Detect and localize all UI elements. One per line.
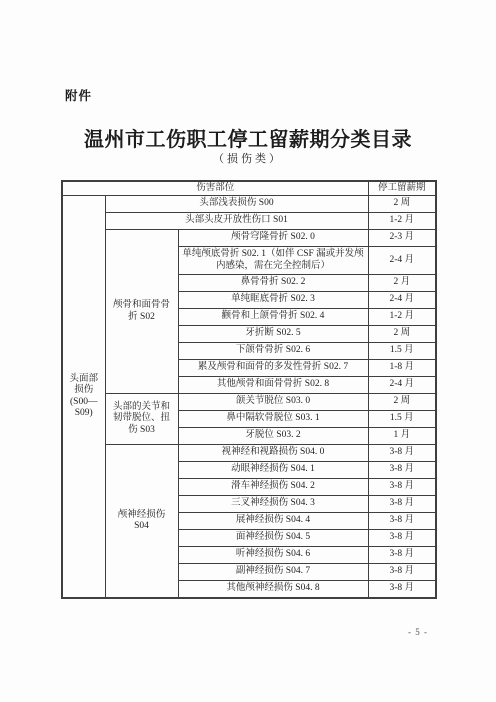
leave-period-cell: 3-8 月 [368,496,436,513]
leave-period-cell: 2-3 月 [368,230,436,247]
table-header-row: 伤害部位 停工留薪期 [62,181,436,196]
leave-period-cell: 3-8 月 [368,530,436,547]
leave-period-cell: 2-4 月 [368,377,436,394]
leave-period-cell: 3-8 月 [368,462,436,479]
injury-name-cell: 动眼神经损伤 S04. 1 [178,462,368,479]
injury-name-cell: 头部浅表损伤 S00 [105,196,368,213]
injury-name-cell: 牙折断 S02. 5 [178,326,368,343]
header-leave-period: 停工留薪期 [368,181,436,196]
page-number: - 5 - [408,627,428,637]
injury-name-cell: 颧骨和上颌骨骨折 S02. 4 [178,309,368,326]
leave-period-cell: 3-8 月 [368,564,436,581]
injury-name-cell: 其他颅骨和面骨骨折 S02. 8 [178,377,368,394]
injury-name-cell: 副神经损伤 S04. 7 [178,564,368,581]
table-row: 头部的关节和 韧带脱位、扭 伤 S03颌关节脱位 S03. 02 周 [62,394,436,411]
leave-period-cell: 3-8 月 [368,479,436,496]
leave-period-cell: 3-8 月 [368,547,436,564]
injury-name-cell: 面神经损伤 S04. 5 [178,530,368,547]
table-row: 头面部 损伤 (S00— S09)头部浅表损伤 S002 周 [62,196,436,213]
leave-period-cell: 1 月 [368,428,436,445]
leave-period-cell: 1-2 月 [368,213,436,230]
injury-name-cell: 鼻骨骨折 S02. 2 [178,275,368,292]
injury-name-cell: 单纯颅底骨折 S02. 1（如伴 CSF 漏或并发颅内感染，需在完全控制后） [178,247,368,275]
category-cell: 头面部 损伤 (S00— S09) [62,196,105,599]
leave-period-cell: 3-8 月 [368,581,436,599]
page-subtitle: （损伤类） [0,150,496,166]
table-row: 头部头皮开放性伤口 S011-2 月 [62,213,436,230]
injury-name-cell: 颌关节脱位 S03. 0 [178,394,368,411]
injury-name-cell: 头部头皮开放性伤口 S01 [105,213,368,230]
group-cell: 头部的关节和 韧带脱位、扭 伤 S03 [105,394,178,445]
injury-name-cell: 下颌骨骨折 S02. 6 [178,343,368,360]
injury-name-cell: 牙脱位 S03. 2 [178,428,368,445]
leave-period-cell: 2-4 月 [368,292,436,309]
leave-period-cell: 1-8 月 [368,360,436,377]
leave-period-cell: 2 周 [368,394,436,411]
injury-name-cell: 颅骨穹隆骨折 S02. 0 [178,230,368,247]
injury-table-body: 头面部 损伤 (S00— S09)头部浅表损伤 S002 周头部头皮开放性伤口 … [62,196,436,599]
attachment-label: 附件 [65,86,92,104]
leave-period-cell: 3-8 月 [368,513,436,530]
leave-period-cell: 3-8 月 [368,445,436,462]
injury-name-cell: 视神经和视路损伤 S04. 0 [178,445,368,462]
leave-period-cell: 1-2 月 [368,309,436,326]
leave-period-cell: 1.5 月 [368,411,436,428]
injury-name-cell: 滑车神经损伤 S04. 2 [178,479,368,496]
leave-period-cell: 1.5 月 [368,343,436,360]
leave-period-cell: 2 周 [368,326,436,343]
table-row: 颅神经损伤 S04视神经和视路损伤 S04. 03-8 月 [62,445,436,462]
injury-name-cell: 展神经损伤 S04. 4 [178,513,368,530]
leave-period-cell: 2 周 [368,196,436,213]
injury-name-cell: 其他颅神经损伤 S04. 8 [178,581,368,599]
injury-name-cell: 三叉神经损伤 S04. 3 [178,496,368,513]
injury-classification-table: 伤害部位 停工留薪期 头面部 损伤 (S00— S09)头部浅表损伤 S002 … [61,180,437,599]
group-cell: 颅骨和面骨骨 折 S02 [105,230,178,394]
table-row: 颅骨和面骨骨 折 S02颅骨穹隆骨折 S02. 02-3 月 [62,230,436,247]
leave-period-cell: 2 月 [368,275,436,292]
header-injury-part: 伤害部位 [62,181,368,196]
injury-name-cell: 听神经损伤 S04. 6 [178,547,368,564]
injury-name-cell: 累及颅骨和面骨的多发性骨折 S02. 7 [178,360,368,377]
page-title: 温州市工伤职工停工留薪期分类目录 [0,123,496,152]
injury-name-cell: 单纯眶底骨折 S02. 3 [178,292,368,309]
leave-period-cell: 2-4 月 [368,247,436,275]
injury-name-cell: 鼻中隔软骨脱位 S03. 1 [178,411,368,428]
group-cell: 颅神经损伤 S04 [105,445,178,599]
